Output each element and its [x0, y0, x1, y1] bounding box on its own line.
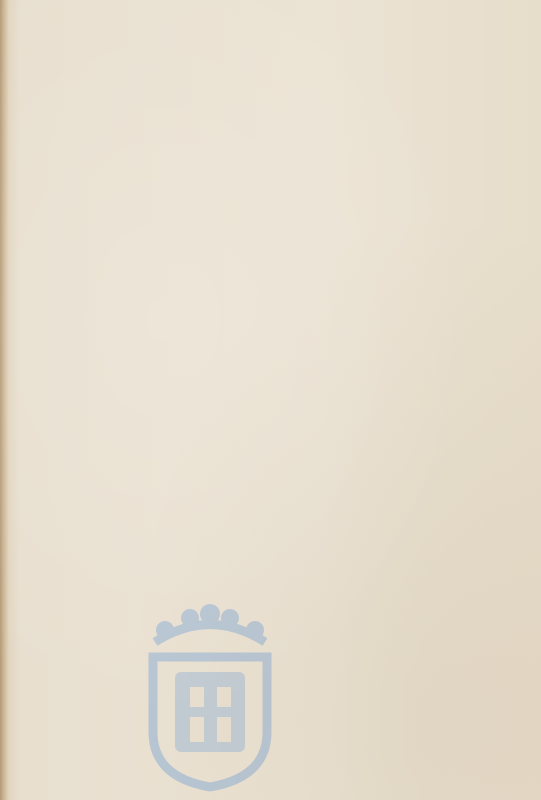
document-page	[0, 0, 541, 800]
city-crest-watermark-icon	[135, 602, 285, 792]
